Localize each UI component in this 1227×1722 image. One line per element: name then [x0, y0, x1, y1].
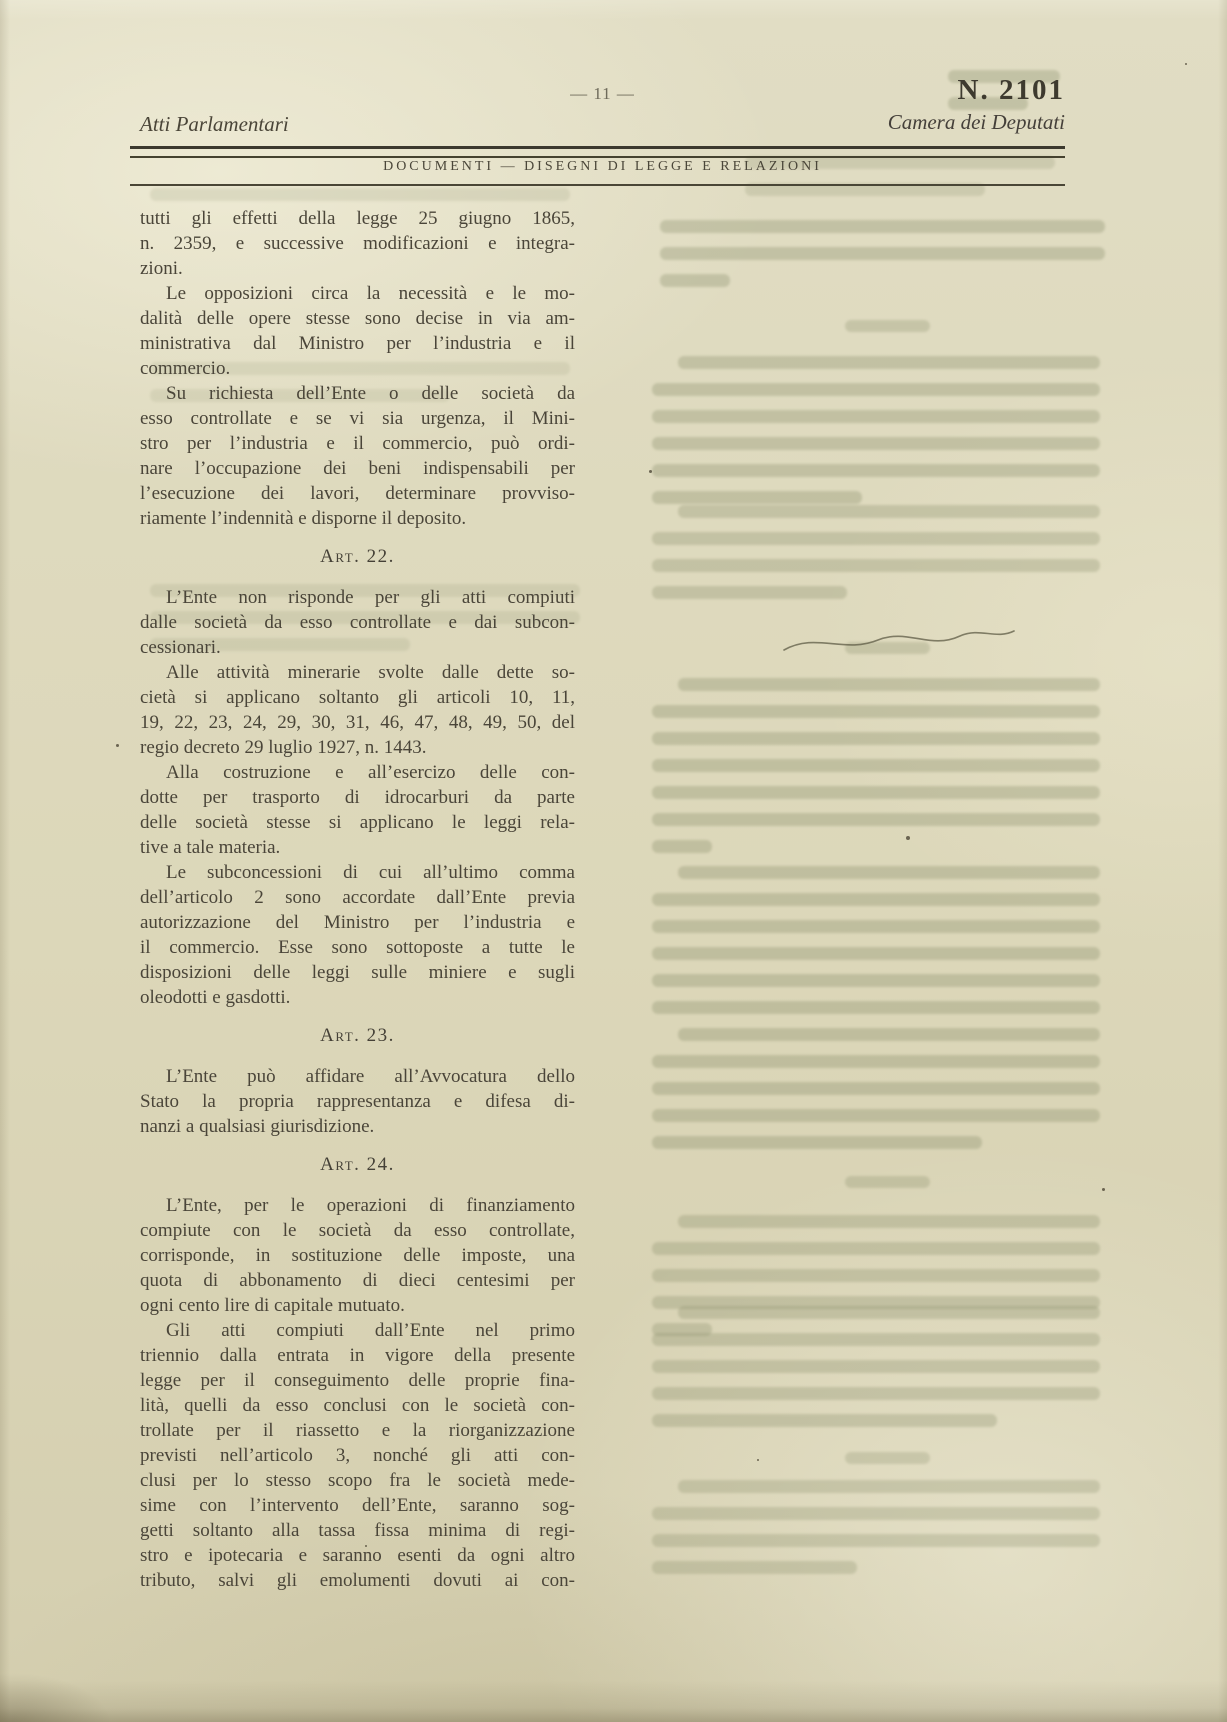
ink-speck: [649, 470, 652, 473]
fiber-artifact: [780, 620, 1020, 664]
article-text-column: tutti gli effetti della legge 25 giugno …: [140, 206, 575, 1593]
text-line: Gli atti compiuti dall’Ente nel primo: [140, 1318, 575, 1343]
header-left-title: Atti Parlamentari: [140, 112, 289, 137]
ink-speck: [1102, 1188, 1105, 1191]
ink-speck: [757, 1459, 759, 1461]
bleedthrough-line: [652, 1534, 1100, 1547]
bleedthrough-line: [678, 505, 1100, 518]
text-line: Le opposizioni circa la necessità e le m…: [140, 281, 575, 306]
text-line: Alle attività minerarie svolte dalle det…: [140, 660, 575, 685]
bleedthrough-line: [652, 732, 1100, 745]
paragraph: Gli atti compiuti dall’Ente nel primotri…: [140, 1318, 575, 1593]
bleedthrough-line: [652, 1360, 1100, 1373]
bleedthrough-heading: [845, 320, 930, 332]
bleedthrough-line: [652, 786, 1100, 799]
paragraph: Alla costruzione e all’esercizo delle co…: [140, 760, 575, 860]
text-line: cietà si applicano soltanto gli articoli…: [140, 685, 575, 710]
text-line: commercio.: [140, 356, 575, 381]
article-heading: Art. 23.: [140, 1026, 575, 1046]
bleedthrough-line: [678, 866, 1100, 879]
bleedthrough-heading: [845, 1176, 930, 1188]
text-line: compiute con le società da esso controll…: [140, 1218, 575, 1243]
text-line: getti soltanto alla tassa fissa minima d…: [140, 1518, 575, 1543]
bleedthrough-line: [652, 759, 1100, 772]
text-line: ogni cento lire di capitale mutuato.: [140, 1293, 575, 1318]
bleedthrough-line: [652, 491, 862, 504]
text-line: nare l’occupazione dei beni indispensabi…: [140, 456, 575, 481]
bleedthrough-line: [652, 559, 1100, 572]
bleedthrough-heading: [845, 1452, 930, 1464]
bleedthrough-line: [652, 1269, 1100, 1282]
text-line: n. 2359, e successive modificazioni e in…: [140, 231, 575, 256]
bleedthrough-line: [652, 1387, 1100, 1400]
bleedthrough-line: [652, 464, 1100, 477]
ink-speck: [906, 836, 910, 840]
bleedthrough-line: [652, 1333, 1100, 1346]
bleedthrough-line: [652, 1136, 982, 1149]
bleedthrough-line: [678, 1306, 1100, 1319]
bleedthrough-line: [652, 1109, 1100, 1122]
text-line: stro per l’industria e il commercio, può…: [140, 431, 575, 456]
text-line: lità, quelli da esso conclusi con le soc…: [140, 1393, 575, 1418]
text-line: Alla costruzione e all’esercizo delle co…: [140, 760, 575, 785]
article-heading: Art. 22.: [140, 547, 575, 567]
section-band-title: DOCUMENTI — DISEGNI DI LEGGE E RELAZIONI: [140, 159, 1065, 175]
bleedthrough-line: [652, 1414, 997, 1427]
text-line: dalità delle opere stesse sono decise in…: [140, 306, 575, 331]
text-line: il commercio. Esse sono sottoposte a tut…: [140, 935, 575, 960]
bleedthrough-line: [678, 678, 1100, 691]
text-line: delle società stesse si applicano le leg…: [140, 810, 575, 835]
text-line: clusi per lo stesso scopo fra le società…: [140, 1468, 575, 1493]
bleedthrough-line: [678, 356, 1100, 369]
text-line: stro e ipotecaria e saranno esenti da og…: [140, 1543, 575, 1568]
bleedthrough-line: [652, 437, 1100, 450]
text-line: esso controllate e se vi sia urgenza, il…: [140, 406, 575, 431]
text-line: ministrativa dal Ministro per l’industri…: [140, 331, 575, 356]
bleedthrough-line: [660, 220, 1105, 233]
paragraph: Alle attività minerarie svolte dalle det…: [140, 660, 575, 760]
bleedthrough-line: [652, 1323, 712, 1336]
bleedthrough-line: [652, 947, 1100, 960]
text-line: sime con l’intervento dell’Ente, saranno…: [140, 1493, 575, 1518]
header-right-title: Camera dei Deputati: [640, 110, 1065, 135]
text-line: Le subconcessioni di cui all’ultimo comm…: [140, 860, 575, 885]
text-line: previsti nell’articolo 3, nonché gli att…: [140, 1443, 575, 1468]
text-line: L’Ente non risponde per gli atti compiut…: [140, 585, 575, 610]
bleedthrough-line: [652, 532, 1100, 545]
ink-speck: [365, 1545, 367, 1547]
bleedthrough-line: [652, 1296, 1100, 1309]
bleedthrough-line: [652, 410, 1100, 423]
document-page: — 11 — N. 2101 Atti Parlamentari Camera …: [0, 0, 1227, 1722]
bleedthrough-line: [150, 188, 570, 201]
text-line: l’esecuzione dei lavori, determinare pro…: [140, 481, 575, 506]
text-line: tributo, salvi gli emolumenti dovuti ai …: [140, 1568, 575, 1593]
text-line: oleodotti e gasdotti.: [140, 985, 575, 1010]
bleedthrough-line: [652, 586, 847, 599]
text-line: Su richiesta dell’Ente o delle società d…: [140, 381, 575, 406]
bleedthrough-line: [652, 1242, 1100, 1255]
text-line: dotte per trasporto di idrocarburi da pa…: [140, 785, 575, 810]
bleedthrough-line: [652, 383, 1100, 396]
text-line: dalle società da esso controllate e dai …: [140, 610, 575, 635]
paragraph: Le opposizioni circa la necessità e le m…: [140, 281, 575, 381]
text-line: trollate per il riassetto e la riorganiz…: [140, 1418, 575, 1443]
article-heading: Art. 24.: [140, 1155, 575, 1175]
bleedthrough-line: [652, 1561, 857, 1574]
header-double-rule: [130, 146, 1065, 158]
text-line: Stato la propria rappresentanza e difesa…: [140, 1089, 575, 1114]
text-line: L’Ente, per le operazioni di finanziamen…: [140, 1193, 575, 1218]
paragraph: L’Ente può affidare all’Avvocatura dello…: [140, 1064, 575, 1139]
bleedthrough-line: [652, 1001, 1100, 1014]
bleedthrough-line: [678, 1480, 1100, 1493]
text-line: regio decreto 29 luglio 1927, n. 1443.: [140, 735, 575, 760]
paragraph: tutti gli effetti della legge 25 giugno …: [140, 206, 575, 281]
bleedthrough-line: [678, 1028, 1100, 1041]
ink-speck: [116, 744, 119, 747]
bleedthrough-line: [660, 247, 1105, 260]
paragraph: Le subconcessioni di cui all’ultimo comm…: [140, 860, 575, 1010]
text-line: legge per il conseguimento delle proprie…: [140, 1368, 575, 1393]
text-line: 19, 22, 23, 24, 29, 30, 31, 46, 47, 48, …: [140, 710, 575, 735]
paragraph: L’Ente non risponde per gli atti compiut…: [140, 585, 575, 660]
bleedthrough-line: [652, 1507, 1100, 1520]
text-line: disposizioni delle leggi sulle miniere e…: [140, 960, 575, 985]
bleedthrough-line: [678, 1215, 1100, 1228]
bleedthrough-line: [652, 1082, 1100, 1095]
text-line: riamente l’indennità e disporne il depos…: [140, 506, 575, 531]
bleedthrough-line: [652, 974, 1100, 987]
text-line: nanzi a qualsiasi giurisdizione.: [140, 1114, 575, 1139]
text-line: cessionari.: [140, 635, 575, 660]
text-line: triennio dalla entrata in vigore della p…: [140, 1343, 575, 1368]
text-line: dell’articolo 2 sono accordate dall’Ente…: [140, 885, 575, 910]
ink-speck: [1185, 63, 1187, 65]
bleedthrough-line: [652, 840, 712, 853]
bleedthrough-line: [652, 893, 1100, 906]
header-single-rule: [130, 184, 1065, 186]
bleedthrough-line: [652, 705, 1100, 718]
text-line: L’Ente può affidare all’Avvocatura dello: [140, 1064, 575, 1089]
text-line: tutti gli effetti della legge 25 giugno …: [140, 206, 575, 231]
paragraph: Su richiesta dell’Ente o delle società d…: [140, 381, 575, 531]
text-line: corrisponde, in sostituzione delle impos…: [140, 1243, 575, 1268]
text-line: zioni.: [140, 256, 575, 281]
text-line: quota di abbonamento di dieci centesimi …: [140, 1268, 575, 1293]
bleedthrough-line: [660, 274, 730, 287]
text-line: autorizzazione del Ministro per l’indust…: [140, 910, 575, 935]
text-line: tive a tale materia.: [140, 835, 575, 860]
bleedthrough-line: [652, 920, 1100, 933]
bleedthrough-line: [652, 813, 1100, 826]
document-number: N. 2101: [640, 74, 1065, 107]
paragraph: L’Ente, per le operazioni di finanziamen…: [140, 1193, 575, 1318]
bleedthrough-line: [652, 1055, 1100, 1068]
